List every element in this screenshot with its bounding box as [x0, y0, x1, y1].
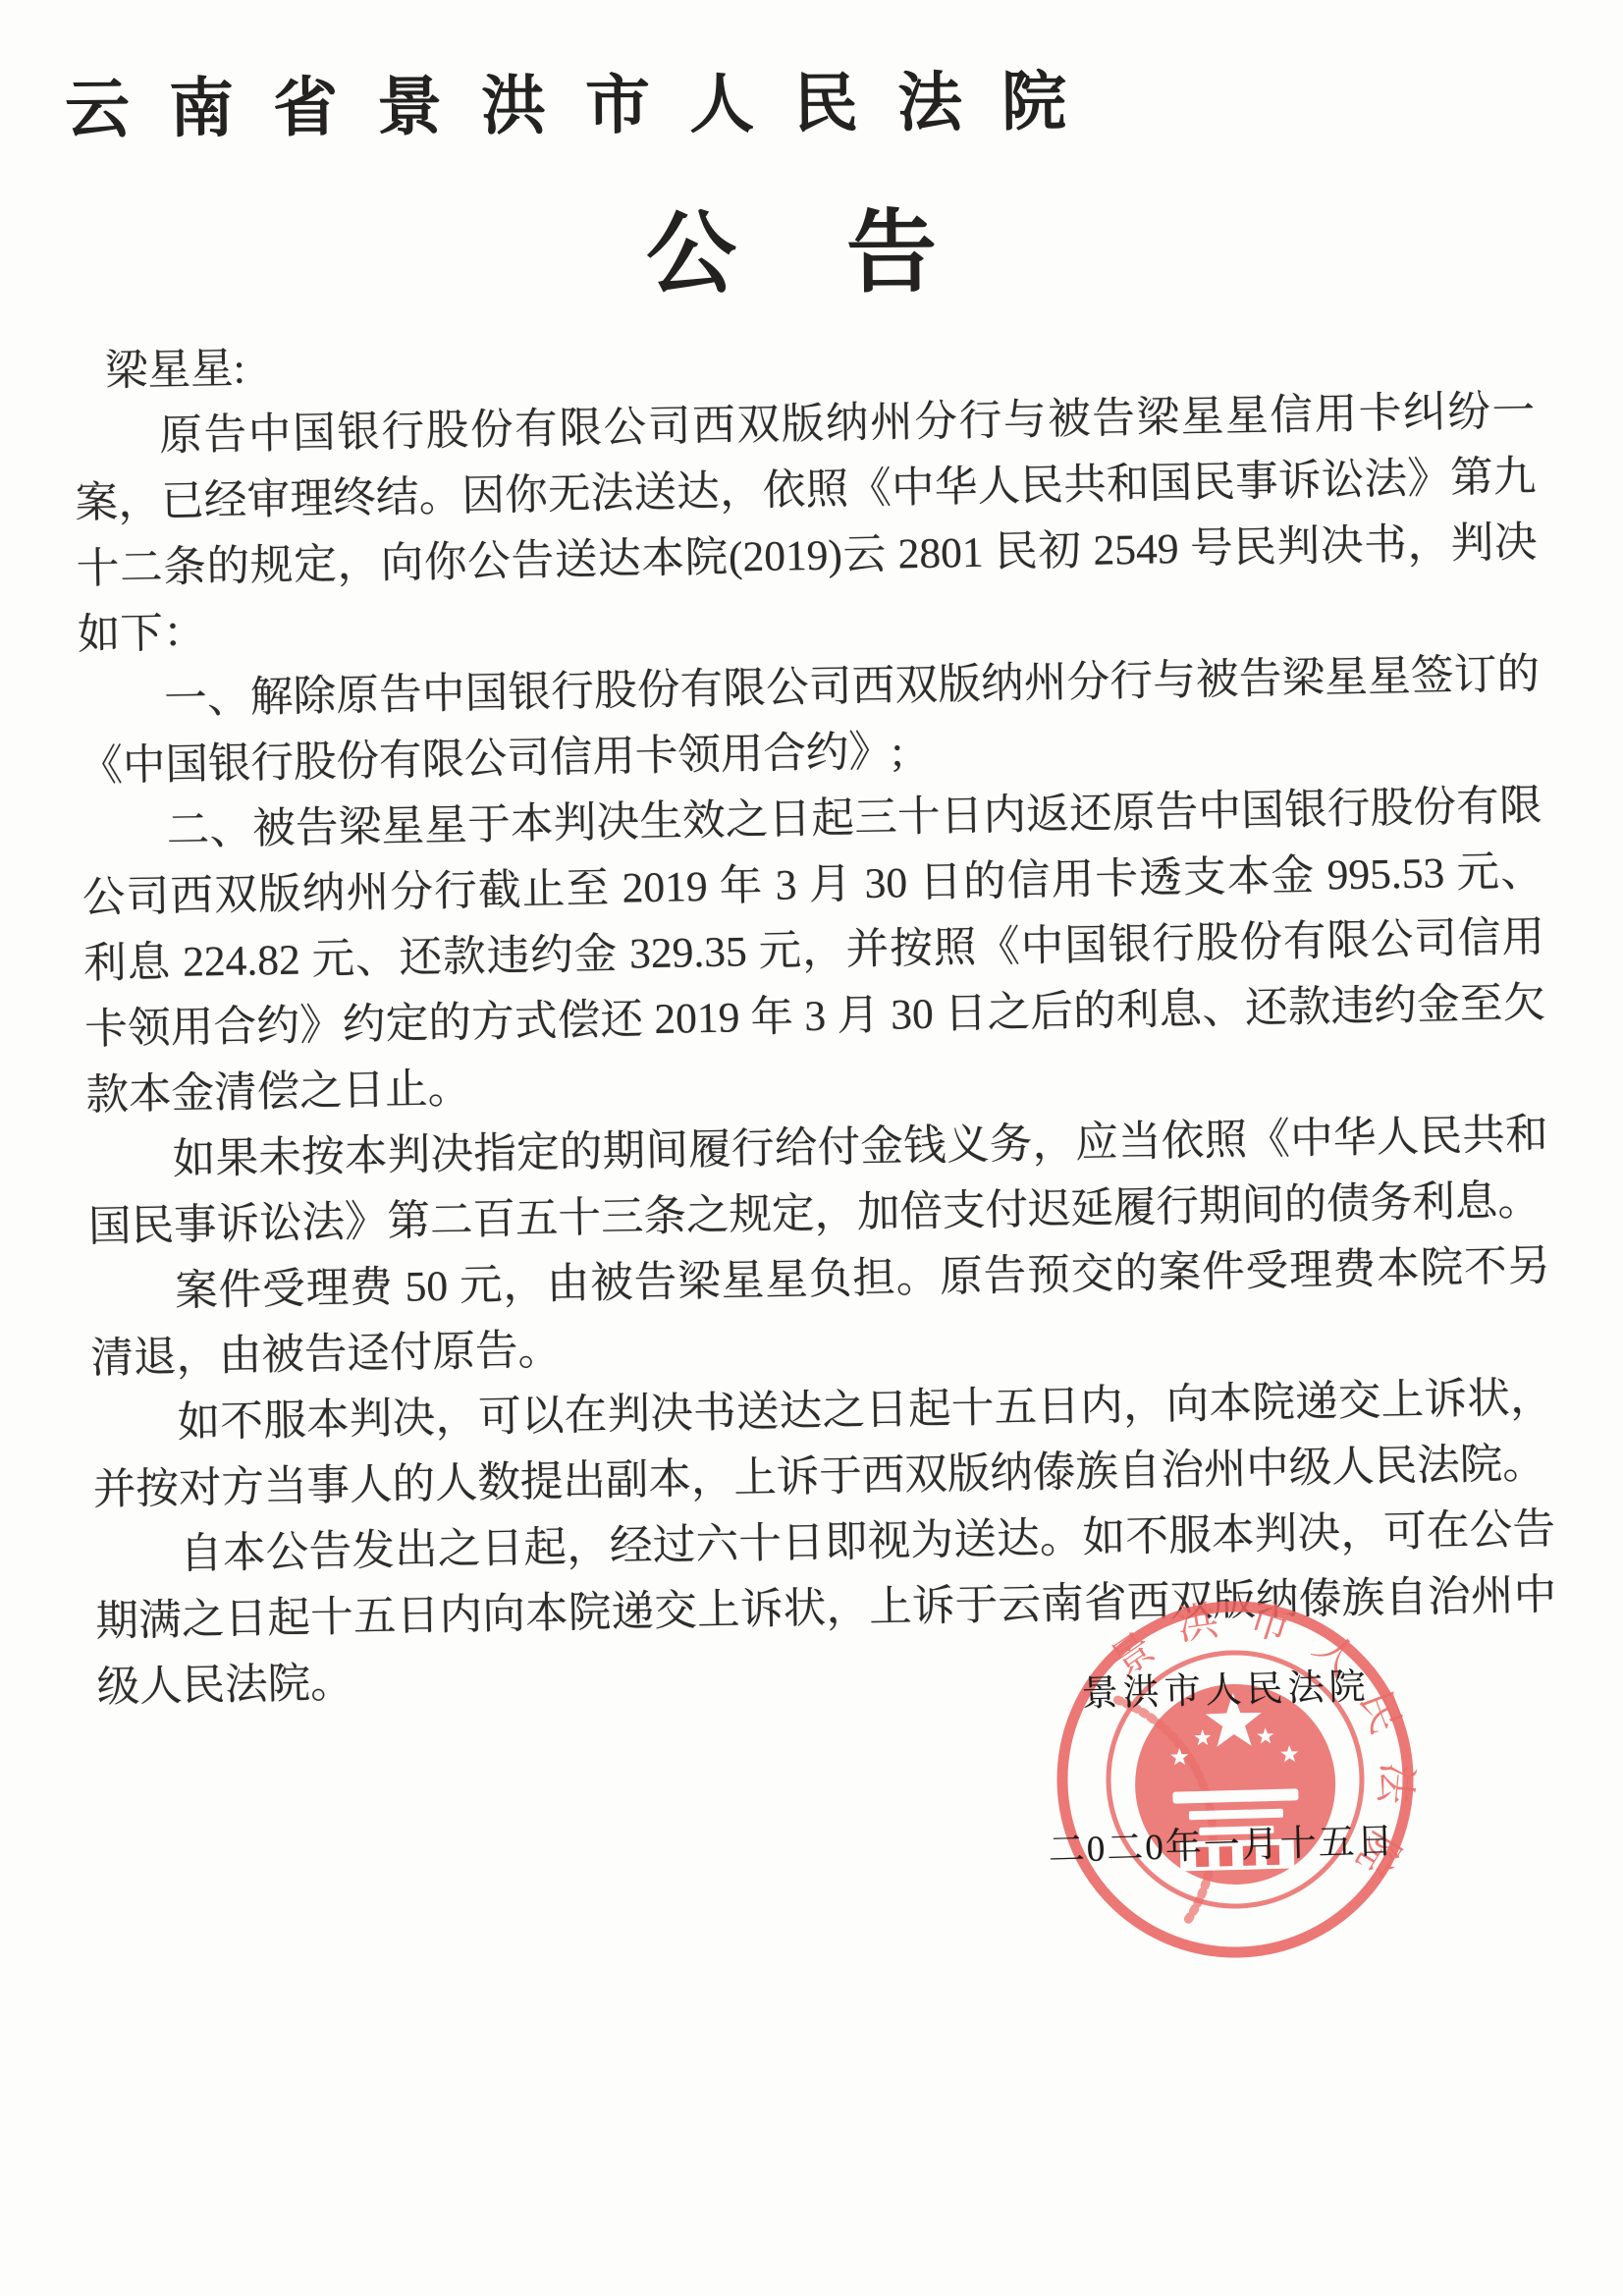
seal-graphic: 景洪市人民法院 — [1044, 1588, 1427, 1971]
paragraph-case-summary: 原告中国银行股份有限公司西双版纳州分行与被告梁星星信用卡纠纷一案，已经审理终结。… — [74, 378, 1540, 668]
official-court-seal: 景洪市人民法院 — [1034, 1578, 1436, 1981]
paragraph-court-fee: 案件受理费 50 元，由被告梁星星负担。原告预交的案件受理费本院不另清退，由被告… — [89, 1233, 1552, 1392]
paragraph-judgment-item-1: 一、解除原告中国银行股份有限公司西双版纳州分行与被告梁星星签订的《中国银行股份有… — [79, 641, 1542, 799]
paragraph-interest-clause: 如果未按本判决指定的期间履行给付金钱义务，应当依照《中华人民共和国民事诉讼法》第… — [86, 1102, 1549, 1260]
paragraph-appeal-rights: 如不服本判决，可以在判决书送达之日起十五日内，向本院递交上诉状，并按对方当事人的… — [91, 1365, 1554, 1523]
document-title: 公告 — [646, 180, 1048, 312]
court-title: 云南省景洪市人民法院 — [65, 49, 1107, 150]
scanned-court-announcement: 云南省景洪市人民法院 公告 梁星星: 原告中国银行股份有限公司西双版纳州分行与被… — [0, 0, 1623, 2296]
seal-court-name: 景洪市人民法院 — [1081, 1656, 1371, 1717]
seal-date: 二0二0年一月十五日 — [1048, 1811, 1395, 1873]
announcement-body: 梁星星: 原告中国银行股份有限公司西双版纳州分行与被告梁星星信用卡纠纷一案，已经… — [73, 312, 1559, 1721]
paragraph-judgment-item-2: 二、被告梁星星于本判决生效之日起三十日内返还原告中国银行股份有限公司西双版纳州分… — [81, 773, 1547, 1128]
